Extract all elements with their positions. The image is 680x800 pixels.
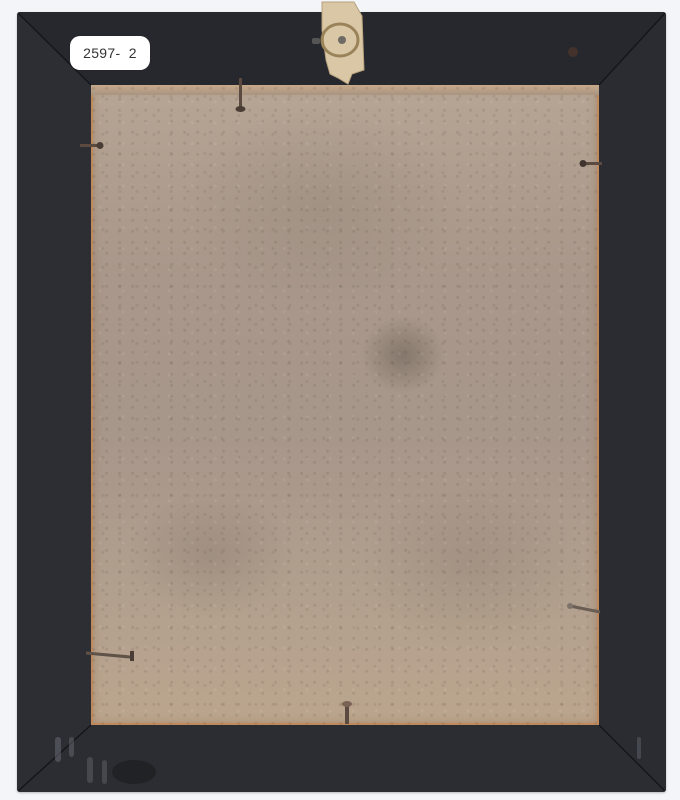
picture-frame [17, 12, 666, 792]
inventory-label: 2597- 2 [70, 36, 150, 70]
inventory-label-text: 2597- 2 [83, 45, 137, 61]
nail-icon [86, 648, 138, 664]
nail-icon [566, 602, 602, 616]
nail-icon [578, 158, 602, 170]
hanger-loop-icon [308, 0, 378, 90]
photo-scene: 2597- 2 [0, 0, 680, 800]
nail-icon [340, 700, 354, 728]
nail-icon [80, 140, 104, 152]
nail-icon [234, 78, 248, 114]
paper-backing [91, 85, 599, 725]
